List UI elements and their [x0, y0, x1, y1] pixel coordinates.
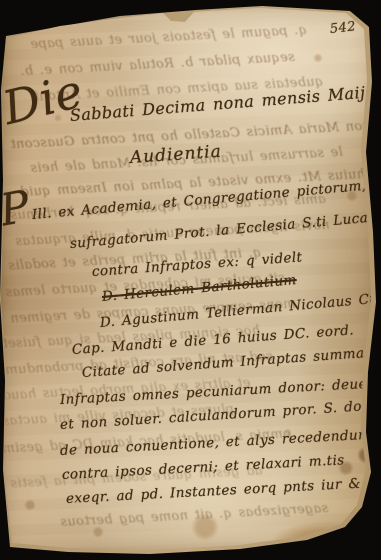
manuscript-photo: q. pagum le festaois jour et auus pape s…: [0, 0, 381, 560]
page-number: 542: [329, 19, 356, 37]
bleed-line: sagergizebas q. ait nome pag bertous: [60, 501, 329, 530]
bleed-line: q. pagum le festaois jour et auus pape: [30, 23, 308, 52]
manuscript-page: q. pagum le festaois jour et auus pape s…: [0, 0, 381, 560]
